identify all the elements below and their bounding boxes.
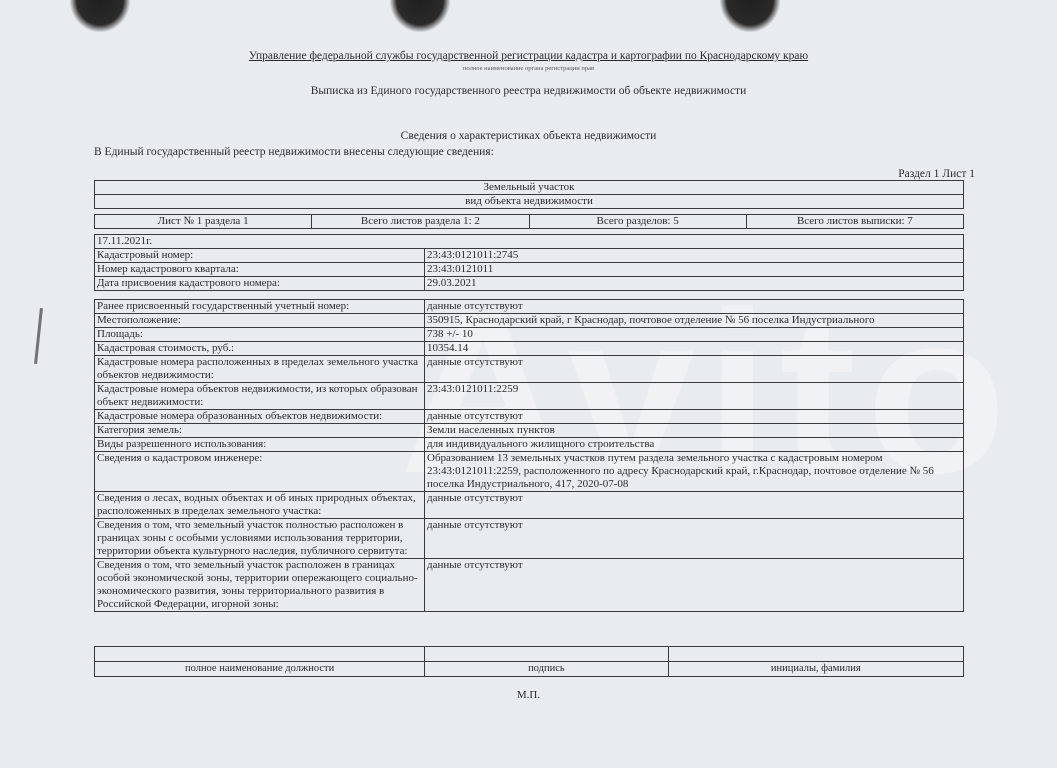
organization-name: Управление федеральной службы государств…: [0, 50, 1057, 62]
position-caption: полное наименование должности: [95, 662, 425, 677]
table-row: Сведения о лесах, водных объектах и об и…: [95, 492, 964, 519]
row-value: для индивидуального жилищного строительс…: [425, 438, 964, 452]
row-value: данные отсутствуют: [425, 492, 964, 519]
row-value: 23:43:0121011: [425, 263, 964, 277]
row-label: Местоположение:: [95, 314, 425, 328]
row-label: Номер кадастрового квартала:: [95, 263, 425, 277]
position-field: [95, 647, 425, 662]
row-value: 350915, Краснодарский край, г Краснодар,…: [425, 314, 964, 328]
row-label: Виды разрешенного использования:: [95, 438, 425, 452]
extract-date: 17.11.2021г.: [95, 235, 964, 249]
name-caption: инициалы, фамилия: [668, 662, 963, 677]
section-title: Сведения о характеристиках объекта недви…: [0, 130, 1057, 142]
intro-text: В Единый государственный реестр недвижим…: [94, 146, 494, 158]
table-row: Виды разрешенного использования:для инди…: [95, 438, 964, 452]
table-row: Кадастровые номера расположенных в преде…: [95, 356, 964, 383]
stamp-place: М.П.: [0, 689, 1057, 701]
extract-sheets-total: Всего листов выписки: 7: [746, 215, 963, 229]
row-value: данные отсутствуют: [425, 300, 964, 314]
row-label: Кадастровые номера образованных объектов…: [95, 410, 425, 424]
table-row: Кадастровые номера объектов недвижимости…: [95, 383, 964, 410]
name-field: [668, 647, 963, 662]
row-label: Сведения о лесах, водных объектах и об и…: [95, 492, 425, 519]
row-label: Категория земель:: [95, 424, 425, 438]
row-value: 23:43:0121011:2259: [425, 383, 964, 410]
row-label: Кадастровая стоимость, руб.:: [95, 342, 425, 356]
table-row: Площадь:738 +/- 10: [95, 328, 964, 342]
row-label: Сведения о том, что земельный участок по…: [95, 519, 425, 559]
object-type: Земельный участок: [95, 181, 964, 195]
table-row: Сведения о том, что земельный участок ра…: [95, 559, 964, 612]
table-row: Сведения о том, что земельный участок по…: [95, 519, 964, 559]
punch-hole-mark: [390, 0, 450, 32]
row-label: Ранее присвоенный государственный учетны…: [95, 300, 425, 314]
document-title: Выписка из Единого государственного реес…: [0, 85, 1057, 97]
row-value: 23:43:0121011:2745: [425, 249, 964, 263]
table-row: Ранее присвоенный государственный учетны…: [95, 300, 964, 314]
sheet-label: Раздел 1 Лист 1: [898, 168, 975, 180]
row-value: данные отсутствуют: [425, 519, 964, 559]
row-label: Дата присвоения кадастрового номера:: [95, 277, 425, 291]
table-row: Кадастровая стоимость, руб.:10354.14: [95, 342, 964, 356]
table-row: Кадастровый номер:23:43:0121011:2745: [95, 249, 964, 263]
row-value: Образованием 13 земельных участков путем…: [425, 452, 964, 492]
table-row: Дата присвоения кадастрового номера:29.0…: [95, 277, 964, 291]
signature-caption: подпись: [425, 662, 668, 677]
cadastral-basic-table: 17.11.2021г. Кадастровый номер:23:43:012…: [94, 234, 964, 291]
sections-total: Всего разделов: 5: [529, 215, 746, 229]
row-label: Сведения о том, что земельный участок ра…: [95, 559, 425, 612]
row-label: Сведения о кадастровом инженере:: [95, 452, 425, 492]
table-row: Сведения о кадастровом инженере:Образова…: [95, 452, 964, 492]
row-value: данные отсутствуют: [425, 410, 964, 424]
section-sheets-total: Всего листов раздела 1: 2: [312, 215, 529, 229]
sheets-table: Лист № 1 раздела 1 Всего листов раздела …: [94, 214, 964, 229]
object-type-caption: вид объекта недвижимости: [95, 195, 964, 209]
punch-hole-mark: [720, 0, 780, 32]
signature-table: полное наименование должности подпись ин…: [94, 646, 964, 677]
row-value: данные отсутствуют: [425, 559, 964, 612]
organization-caption: полное наименование органа регистрации п…: [0, 65, 1057, 72]
characteristics-table: Ранее присвоенный государственный учетны…: [94, 299, 964, 612]
table-row: Кадастровые номера образованных объектов…: [95, 410, 964, 424]
row-value: 29.03.2021: [425, 277, 964, 291]
row-label: Кадастровые номера объектов недвижимости…: [95, 383, 425, 410]
signature-field: [425, 647, 668, 662]
row-label: Площадь:: [95, 328, 425, 342]
object-type-table: Земельный участок вид объекта недвижимос…: [94, 180, 964, 209]
pen-mark: [34, 308, 43, 364]
table-row: Номер кадастрового квартала:23:43:012101…: [95, 263, 964, 277]
sheet-number: Лист № 1 раздела 1: [95, 215, 312, 229]
table-row: Местоположение:350915, Краснодарский кра…: [95, 314, 964, 328]
row-value: 738 +/- 10: [425, 328, 964, 342]
table-row: Категория земель:Земли населенных пункто…: [95, 424, 964, 438]
row-value: данные отсутствуют: [425, 356, 964, 383]
row-label: Кадастровые номера расположенных в преде…: [95, 356, 425, 383]
punch-hole-mark: [70, 0, 130, 32]
row-label: Кадастровый номер:: [95, 249, 425, 263]
row-value: Земли населенных пунктов: [425, 424, 964, 438]
row-value: 10354.14: [425, 342, 964, 356]
